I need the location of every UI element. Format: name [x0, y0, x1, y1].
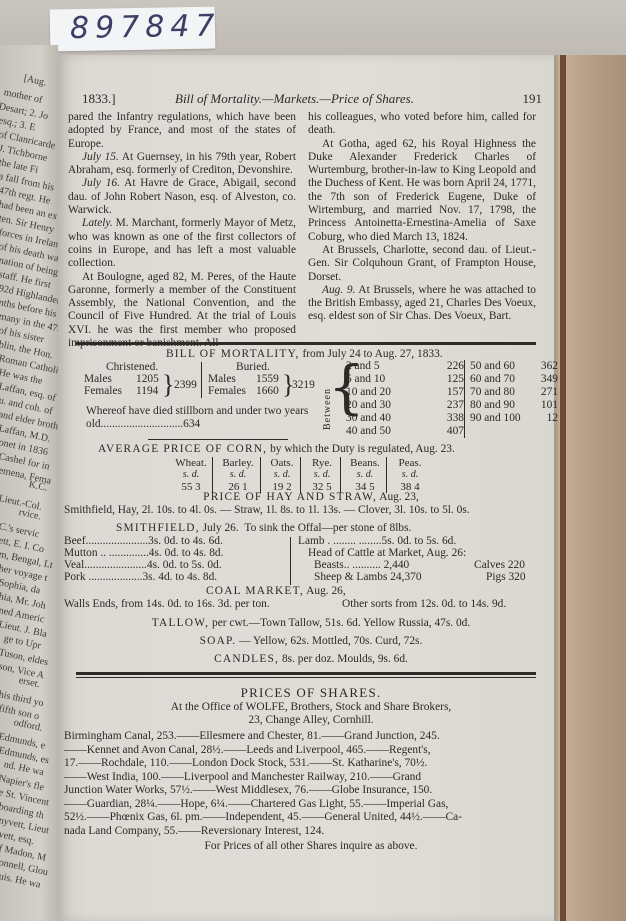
bill-of-mortality: BILL OF MORTALITY, from July 24 to Aug. …: [76, 348, 546, 448]
corn-grain-peas: Peas.s. d.38 4: [388, 457, 432, 493]
age-range: 20 and 30: [346, 399, 391, 412]
corn-grain-wheat: Wheat.s. d.55 3: [168, 457, 214, 493]
corn-prices: AVERAGE PRICE OF CORN, by which the Duty…: [76, 443, 546, 493]
age-range: 70 and 80: [470, 386, 515, 399]
ages-right: 50 and 6036260 and 7034970 and 8027180 a…: [470, 360, 558, 425]
christened-females: 1194: [136, 385, 158, 398]
book-cover-edge: [546, 55, 626, 921]
coal-date: Aug. 26,: [306, 585, 346, 597]
age-count: 338: [447, 412, 464, 425]
soap: SOAP. — Yellow, 62s. Mottled, 70s. Curd,…: [76, 635, 546, 648]
age-row: 2 and 5226: [346, 360, 464, 373]
corn-grain-oats: Oats.s. d.19 2: [262, 457, 302, 493]
shares-address: 23, Change Alley, Cornhill.: [76, 714, 546, 727]
divider: [290, 537, 291, 585]
bill-heading: BILL OF MORTALITY,: [166, 348, 300, 360]
buried-total: 3219: [292, 379, 315, 392]
obituary-text: At Brussels, Charlotte, second dau. of L…: [308, 244, 536, 283]
grain-units: s. d.: [342, 469, 388, 481]
cover-stripe: [560, 55, 566, 921]
grain-name: Peas.: [388, 457, 432, 469]
age-range: 80 and 90: [470, 399, 515, 412]
age-count: 125: [447, 373, 464, 386]
candles-text: 8s. per doz. Moulds, 9s. 6d.: [282, 653, 408, 665]
grain-name: Beans.: [342, 457, 388, 469]
share-line: 52½.——Phœnix Gas, 6l. pm.——Independent, …: [64, 811, 534, 825]
running-head: 1833.] Bill of Mortality.—Markets.—Price…: [70, 91, 550, 109]
age-range: 40 and 50: [346, 425, 391, 438]
coal-heading: COAL MARKET,: [206, 585, 304, 597]
obituary-date: Aug. 9.: [322, 284, 355, 296]
age-range: 30 and 40: [346, 412, 391, 425]
hay-date: Aug. 23,: [379, 491, 419, 503]
coal-other-sorts: Other sorts from 12s. 0d. to 14s. 9d.: [342, 598, 506, 611]
share-line: ——Kennet and Avon Canal, 28½.——Leeds and…: [64, 744, 534, 758]
grain-name: Wheat.: [168, 457, 214, 469]
shares-office: At the Office of WOLFE, Brothers, Stock …: [76, 701, 546, 714]
age-range: 90 and 100: [470, 412, 521, 425]
obituary-paragraph: pared the Infantry regulations, which ha…: [68, 111, 296, 151]
obituary-text: pared the Infantry regulations, which ha…: [68, 111, 296, 150]
share-line: ——West India, 100.——Liverpool and Manche…: [64, 771, 534, 785]
age-count: 349: [541, 373, 558, 386]
age-count: 407: [447, 425, 464, 438]
grain-name: Oats.: [262, 457, 302, 469]
age-count: 237: [447, 399, 464, 412]
left-page-fragment: [Aug.mother ofDesart; 2. Joesq.; 3. Eof …: [0, 45, 58, 921]
page-number: 191: [523, 91, 543, 107]
age-row: 5 and 10125: [346, 373, 464, 386]
age-range: 60 and 70: [470, 373, 515, 386]
age-count: 12: [547, 412, 558, 425]
pigs: Pigs 320: [486, 571, 526, 584]
christened-total: 2399: [174, 379, 197, 392]
divider: [464, 360, 465, 438]
obituary-paragraph: At Gotha, aged 62, his Royal Highness th…: [308, 138, 536, 244]
candles: CANDLES, 8s. per doz. Moulds, 9s. 6d.: [76, 653, 546, 666]
age-count: 362: [541, 360, 558, 373]
share-line: ——Guardian, 28¼.——Hope, 6¼.——Chartered G…: [64, 798, 534, 812]
book-page: 1833.] Bill of Mortality.—Markets.—Price…: [58, 55, 554, 921]
coal-market: COAL MARKET, Aug. 26, Walls Ends, from 1…: [76, 585, 546, 613]
share-line: Birmingham Canal, 253.——Ellesmere and Ch…: [64, 730, 534, 744]
sheep-lambs: Sheep & Lambs 24,370: [314, 571, 422, 584]
corn-grain-beans: Beans.s. d.34 5: [342, 457, 388, 493]
age-range: 10 and 20: [346, 386, 391, 399]
meat-row: Mutton .. ..............4s. 0d. to 4s. 8…: [64, 547, 286, 559]
smithfield-market: SMITHFIELD, July 26. To sink the Offal—p…: [76, 522, 546, 592]
age-row: 10 and 20157: [346, 386, 464, 399]
obituary-date: July 16.: [82, 177, 120, 189]
age-row: 20 and 30237: [346, 399, 464, 412]
shares-list: Birmingham Canal, 253.——Ellesmere and Ch…: [64, 730, 534, 838]
obituary-paragraph: July 15. At Guernsey, in his 79th year, …: [68, 151, 296, 178]
grain-name: Barley.: [214, 457, 262, 469]
corn-heading: AVERAGE PRICE OF CORN,: [98, 443, 267, 455]
age-row: 40 and 50407: [346, 425, 464, 438]
smithfield-date: July 26.: [203, 522, 239, 534]
obituary-text: At Boulogne, aged 82, M. Peres, of the H…: [68, 271, 296, 349]
shares-footer: For Prices of all other Shares inquire a…: [76, 840, 546, 853]
obituary-date: Lately.: [82, 217, 113, 229]
obituary-paragraph: his colleagues, who voted before him, ca…: [308, 111, 536, 138]
share-line: nada Land Company, 55.——Reversionary Int…: [64, 825, 534, 839]
obituary-paragraph: At Brussels, Charlotte, second dau. of L…: [308, 244, 536, 284]
hay-line: Smithfield, Hay, 2l. 10s. to 4l. 0s. — S…: [64, 504, 546, 517]
age-count: 157: [447, 386, 464, 399]
grain-units: s. d.: [388, 469, 432, 481]
obituary-text: At Gotha, aged 62, his Royal Highness th…: [308, 138, 536, 243]
divider: [260, 457, 261, 493]
walls-ends: Walls Ends, from 14s. 0d. to 16s. 3d. pe…: [64, 598, 270, 611]
grain-units: s. d.: [302, 469, 342, 481]
tallow-text: per cwt.—Town Tallow, 51s. 6d. Yellow Ru…: [212, 617, 470, 629]
age-range: 2 and 5: [346, 360, 380, 373]
soap-text: — Yellow, 62s. Mottled, 70s. Curd, 72s.: [239, 635, 422, 647]
smithfield-note: To sink the Offal—per stone of 8lbs.: [244, 522, 411, 534]
stillborn-text: Whereof have died stillborn and under tw…: [86, 405, 316, 431]
hay-heading: PRICE OF HAY AND STRAW,: [203, 491, 377, 503]
age-row: 90 and 10012: [470, 412, 558, 425]
corn-subheading: by which the Duty is regulated, Aug. 23.: [270, 443, 455, 455]
stillborn-count: 634: [183, 418, 200, 430]
section-rule: [76, 342, 536, 345]
prices-of-shares: PRICES OF SHARES. At the Office of WOLFE…: [76, 685, 546, 853]
grain-units: s. d.: [168, 469, 214, 481]
section-rule-thin: [76, 677, 536, 678]
divider: [201, 362, 202, 398]
corn-table: Wheat.s. d.55 3Barley.s. d.26 1Oats.s. d…: [168, 457, 468, 493]
share-line: 17.——Rochdale, 110.——London Dock Stock, …: [64, 757, 534, 771]
meat-row: Veal......................4s. 0d. to 5s.…: [64, 559, 286, 571]
age-row: 80 and 90101: [470, 399, 558, 412]
meat-row: Beef......................3s. 0d. to 4s.…: [64, 535, 286, 547]
meat-prices: Beef......................3s. 0d. to 4s.…: [64, 535, 286, 583]
left-page-text: odford.: [13, 717, 44, 735]
short-rule: [148, 439, 288, 440]
buried-females: 1660: [256, 385, 279, 398]
left-column: pared the Infantry regulations, which ha…: [68, 111, 296, 350]
corn-grain-rye: Rye.s. d.32 5: [302, 457, 342, 493]
shares-heading: PRICES OF SHARES.: [76, 685, 546, 701]
obituary-paragraph: Aug. 9. At Brussels, where he was attach…: [308, 284, 536, 324]
obituary-paragraph: July 16. At Havre de Grace, Abigail, sec…: [68, 177, 296, 217]
divider: [340, 457, 341, 493]
left-page-text: K.C.: [28, 479, 49, 495]
section-rule: [76, 672, 536, 675]
grain-name: Rye.: [302, 457, 342, 469]
age-count: 271: [541, 386, 558, 399]
obituary-text: his colleagues, who voted before him, ca…: [308, 111, 536, 136]
tallow: TALLOW, per cwt.—Town Tallow, 51s. 6d. Y…: [76, 617, 546, 630]
right-column: his colleagues, who voted before him, ca…: [308, 111, 536, 324]
smithfield-heading: SMITHFIELD,: [116, 522, 200, 534]
age-range: 50 and 60: [470, 360, 515, 373]
left-page-text: [Aug.: [23, 73, 48, 90]
grain-units: s. d.: [262, 469, 302, 481]
obituary-paragraph: Lately. M. Marchant, formerly Mayor of M…: [68, 217, 296, 270]
age-row: 50 and 60362: [470, 360, 558, 373]
corn-grain-barley: Barley.s. d.26 1: [214, 457, 262, 493]
running-head-title: Bill of Mortality.—Markets.—Price of Sha…: [175, 91, 414, 107]
divider: [300, 457, 301, 493]
age-count: 101: [541, 399, 558, 412]
obituary-paragraph: At Boulogne, aged 82, M. Peres, of the H…: [68, 271, 296, 351]
hay-straw: PRICE OF HAY AND STRAW, Aug. 23, Smithfi…: [76, 491, 546, 517]
catalog-label: 897847: [50, 7, 216, 52]
catalog-number: 897847: [70, 8, 221, 46]
grain-units: s. d.: [214, 469, 262, 481]
age-count: 226: [447, 360, 464, 373]
share-line: Junction Water Works, 57½.——West Middles…: [64, 784, 534, 798]
obituary-date: July 15.: [82, 151, 119, 163]
age-range: 5 and 10: [346, 373, 385, 386]
bill-date-range: from July 24 to Aug. 27, 1833.: [302, 348, 442, 360]
age-row: 70 and 80271: [470, 386, 558, 399]
meat-row: Pork ...................3s. 4d. to 4s. 8…: [64, 571, 286, 583]
divider: [212, 457, 213, 493]
divider: [386, 457, 387, 493]
christened-females-label: Females: [84, 385, 122, 398]
buried-females-label: Females: [208, 385, 246, 398]
age-row: 60 and 70349: [470, 373, 558, 386]
running-head-year: 1833.]: [82, 91, 116, 107]
age-row: 30 and 40338: [346, 412, 464, 425]
ages-left: 2 and 52265 and 1012510 and 2015720 and …: [346, 360, 464, 438]
